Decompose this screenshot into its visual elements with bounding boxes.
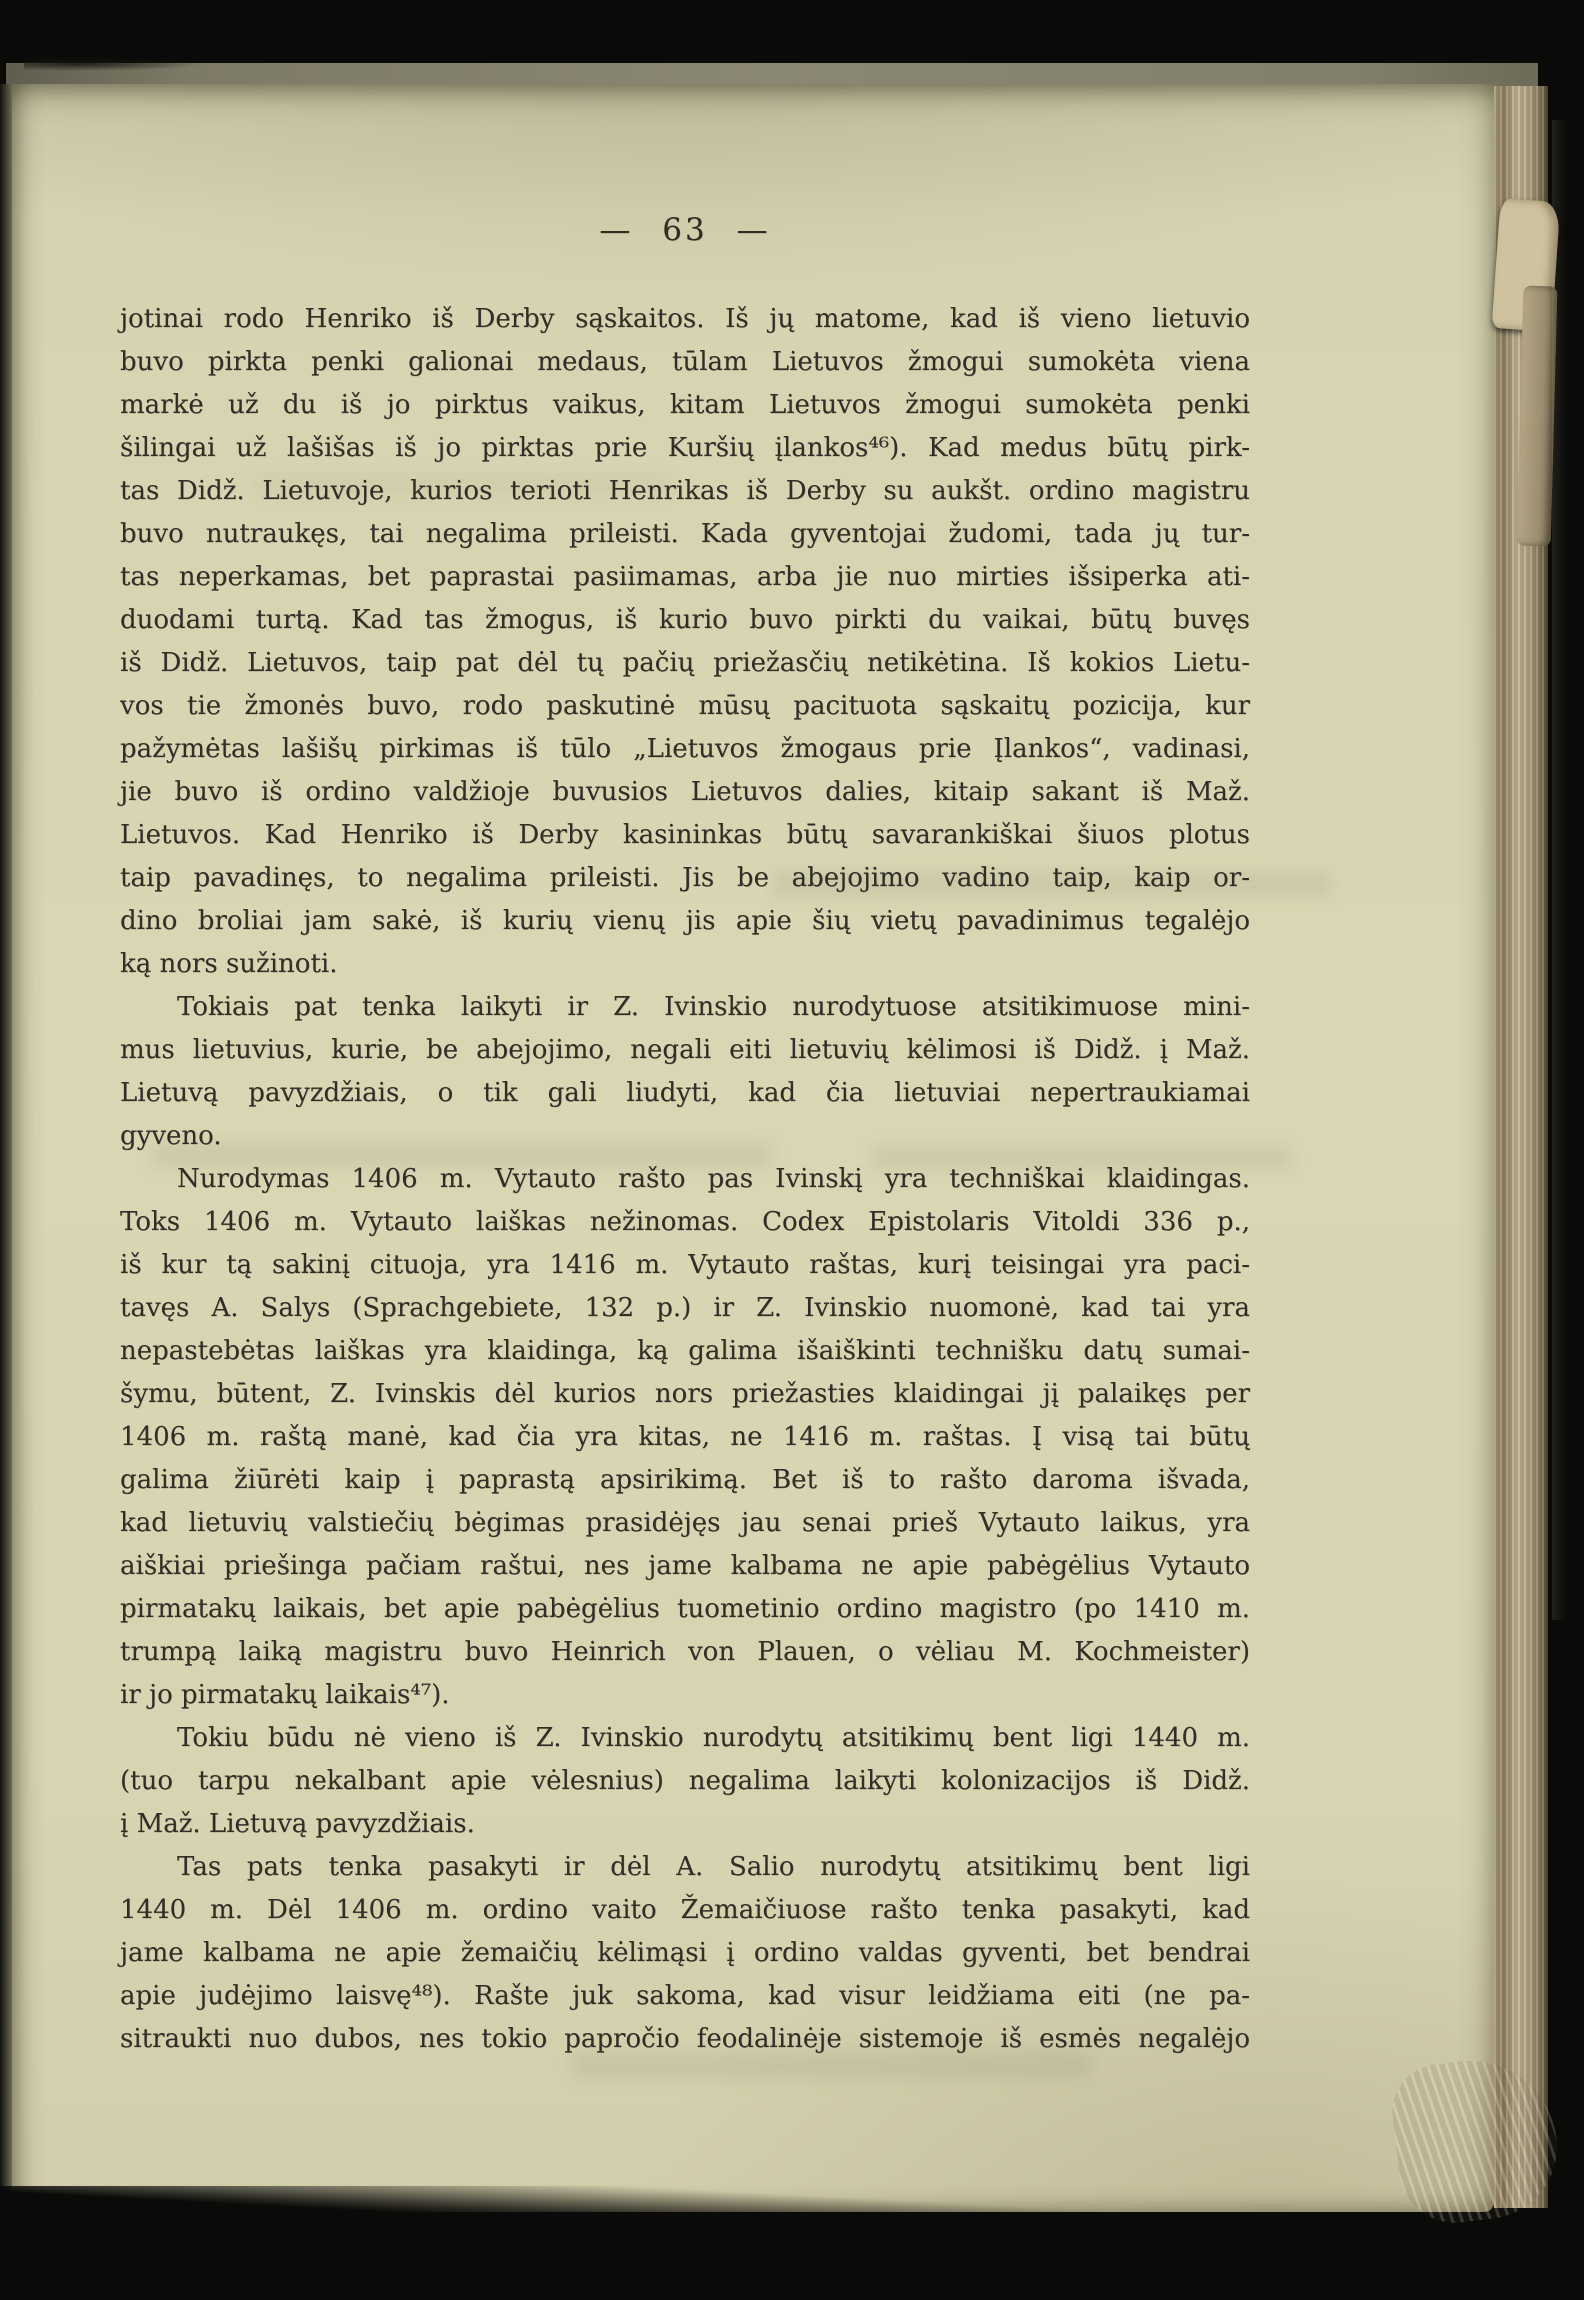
text-line: pažymėtas lašišų pirkimas iš tūlo „Lietu… [120, 728, 1250, 771]
text-line: nepastebėtas laiškas yra klaidinga, ką g… [120, 1330, 1250, 1373]
page-surface: — 63 — jotinai rodo Henriko iš Derby sąs… [12, 84, 1494, 2212]
right-edge-highlight [1552, 120, 1566, 1620]
text-line: tas neperkamas, bet paprastai pasiimamas… [120, 556, 1250, 599]
text-line: mus lietuvius, kurie, be abejojimo, nega… [120, 1029, 1250, 1072]
text-line: Lietuvą pavyzdžiais, o tik gali liudyti,… [120, 1072, 1250, 1115]
text-line: ką nors sužinoti. [120, 943, 1250, 986]
text-line: Toks 1406 m. Vytauto laiškas nežinomas. … [120, 1201, 1250, 1244]
bottom-shadow [0, 2186, 1100, 2226]
text-line: Tokiais pat tenka laikyti ir Z. Ivinskio… [120, 986, 1250, 1029]
text-line: Tokiu būdu nė vieno iš Z. Ivinskio nurod… [120, 1717, 1250, 1760]
text-line: dino broliai jam sakė, iš kurių vienų ji… [120, 900, 1250, 943]
text-line: 1406 m. raštą manė, kad čia yra kitas, n… [120, 1416, 1250, 1459]
text-line: Lietuvos. Kad Henriko iš Derby kasininka… [120, 814, 1250, 857]
text-line: buvo pirkta penki galionai medaus, tūlam… [120, 341, 1250, 384]
text-line: tas Didž. Lietuvoje, kurios terioti Henr… [120, 470, 1250, 513]
text-line: iš kur tą sakinį cituoja, yra 1416 m. Vy… [120, 1244, 1250, 1287]
text-line: galima žiūrėti kaip į paprastą apsirikim… [120, 1459, 1250, 1502]
text-line: jotinai rodo Henriko iš Derby sąskaitos.… [120, 298, 1250, 341]
scanned-book-page: — 63 — jotinai rodo Henriko iš Derby sąs… [0, 0, 1584, 2300]
text-line: vos tie žmonės buvo, rodo paskutinė mūsų… [120, 685, 1250, 728]
text-line: Tas pats tenka pasakyti ir dėl A. Salio … [120, 1846, 1250, 1889]
text-line: Nurodymas 1406 m. Vytauto rašto pas Ivin… [120, 1158, 1250, 1201]
text-line: šymu, būtent, Z. Ivinskis dėl kurios nor… [120, 1373, 1250, 1416]
text-line: (tuo tarpu nekalbant apie vėlesnius) neg… [120, 1760, 1250, 1803]
text-line: iš Didž. Lietuvos, taip pat dėl tų pačių… [120, 642, 1250, 685]
text-line: trumpą laiką magistru buvo Heinrich von … [120, 1631, 1250, 1674]
text-line: į Maž. Lietuvą pavyzdžiais. [120, 1803, 1250, 1846]
text-line: šilingai už lašišas iš jo pirktas prie K… [120, 427, 1250, 470]
text-line: ir jo pirmatakų laikais⁴⁷). [120, 1674, 1250, 1717]
text-line: markė už du iš jo pirktus vaikus, kitam … [120, 384, 1250, 427]
text-line: aiškiai priešinga pačiam raštui, nes jam… [120, 1545, 1250, 1588]
book-top-edge [6, 63, 1538, 86]
text-line: 1440 m. Dėl 1406 m. ordino vaito Žemaiči… [120, 1889, 1250, 1932]
text-line: jie buvo iš ordino valdžioje buvusios Li… [120, 771, 1250, 814]
text-line: gyveno. [120, 1115, 1250, 1158]
text-line: sitraukti nuo dubos, nes tokio papročio … [120, 2018, 1250, 2061]
text-block: jotinai rodo Henriko iš Derby sąskaitos.… [120, 298, 1250, 2061]
text-line: jame kalbama ne apie žemaičių kėlimąsi į… [120, 1932, 1250, 1975]
text-line: tavęs A. Salys (Sprachgebiete, 132 p.) i… [120, 1287, 1250, 1330]
text-line: pirmatakų laikais, bet apie pabėgėlius t… [120, 1588, 1250, 1631]
text-line: duodami turtą. Kad tas žmogus, iš kurio … [120, 599, 1250, 642]
text-line: apie judėjimo laisvę⁴⁸). Rašte juk sakom… [120, 1975, 1250, 2018]
text-line: kad lietuvių valstiečių bėgimas prasidėj… [120, 1502, 1250, 1545]
page-number: — 63 — [120, 212, 1250, 248]
text-line: buvo nutraukęs, tai negalima prileisti. … [120, 513, 1250, 556]
text-line: taip pavadinęs, to negalima prileisti. J… [120, 857, 1250, 900]
